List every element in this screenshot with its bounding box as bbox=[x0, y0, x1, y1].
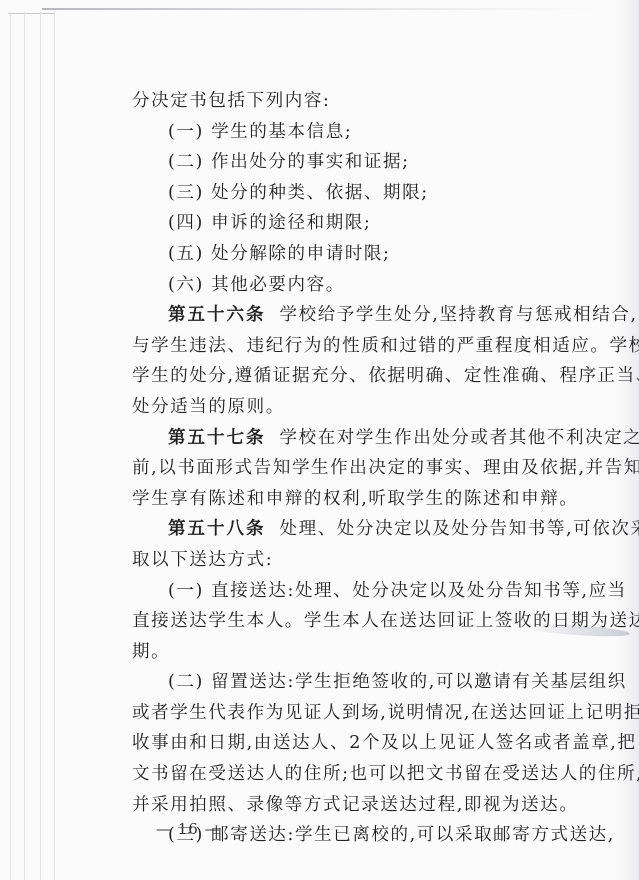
article-57-line: 学生享有陈述和申辩的权利,听取学生的陈述和申辩。 bbox=[132, 484, 612, 515]
page-top-edge bbox=[42, 8, 602, 10]
article-56-line: 处分适当的原则。 bbox=[132, 392, 612, 423]
delivery-item-2-line: 收事由和日期,由送达人、2个及以上见证人签名或者盖章,把 bbox=[132, 728, 612, 759]
article-58-line: 取以下送达方式: bbox=[132, 545, 612, 576]
list-item: (五) 处分解除的申请时限; bbox=[132, 239, 612, 270]
article-text: 处理、处分决定以及处分告知书等,可依次采 bbox=[280, 519, 639, 539]
article-56-line: 学生的处分,遵循证据充分、依据明确、定性准确、程序正当、 bbox=[132, 361, 612, 392]
list-item: (三) 处分的种类、依据、期限; bbox=[132, 178, 612, 209]
stacked-page-edge bbox=[54, 12, 55, 880]
page-top-edge-left bbox=[8, 13, 54, 14]
intro-line: 分决定书包括下列内容: bbox=[132, 86, 612, 117]
article-number: 第五十七条 bbox=[168, 428, 266, 448]
page-number: — 16 — bbox=[156, 820, 221, 838]
list-item: (一) 学生的基本信息; bbox=[132, 117, 612, 148]
article-57-first-line: 第五十七条学校在对学生作出处分或者其他不利决定之 bbox=[132, 423, 612, 454]
article-58-first-line: 第五十八条处理、处分决定以及处分告知书等,可依次采 bbox=[132, 514, 612, 545]
article-56-first-line: 第五十六条学校给予学生处分,坚持教育与惩戒相结合, bbox=[132, 300, 612, 331]
delivery-item-2-first-line: (二) 留置送达:学生拒绝签收的,可以邀请有关基层组织 bbox=[132, 667, 612, 698]
article-text: 学校在对学生作出处分或者其他不利决定之 bbox=[280, 428, 639, 448]
stacked-page-edge bbox=[10, 12, 11, 880]
delivery-item-2-line: 文书留在受送达人的住所;也可以把文书留在受送达人的住所, bbox=[132, 759, 612, 790]
list-item: (六) 其他必要内容。 bbox=[132, 270, 612, 301]
document-body: 分决定书包括下列内容: (一) 学生的基本信息; (二) 作出处分的事实和证据;… bbox=[132, 86, 612, 851]
delivery-item-2-line: 或者学生代表作为见证人到场,说明情况,在送达回证上记明拒 bbox=[132, 698, 612, 729]
article-text: 学校给予学生处分,坚持教育与惩戒相结合, bbox=[280, 305, 638, 325]
article-number: 第五十八条 bbox=[168, 519, 266, 539]
delivery-item-2-line: 并采用拍照、录像等方式记录送达过程,即视为送达。 bbox=[132, 790, 612, 821]
list-item: (二) 作出处分的事实和证据; bbox=[132, 147, 612, 178]
delivery-item-1-line: 期。 bbox=[132, 637, 612, 668]
delivery-item-1-first-line: (一) 直接送达:处理、处分决定以及处分告知书等,应当 bbox=[132, 576, 612, 607]
delivery-item-1-line: 直接送达学生本人。学生本人在送达回证上签收的日期为送达日 bbox=[132, 606, 612, 637]
stacked-page-edge bbox=[40, 12, 41, 880]
list-item: (四) 申诉的途径和期限; bbox=[132, 208, 612, 239]
stacked-page-edge bbox=[24, 12, 25, 880]
article-57-line: 前,以书面形式告知学生作出决定的事实、理由及依据,并告知 bbox=[132, 453, 612, 484]
article-56-line: 与学生违法、违纪行为的性质和过错的严重程度相适应。学校对 bbox=[132, 331, 612, 362]
article-number: 第五十六条 bbox=[168, 305, 266, 325]
